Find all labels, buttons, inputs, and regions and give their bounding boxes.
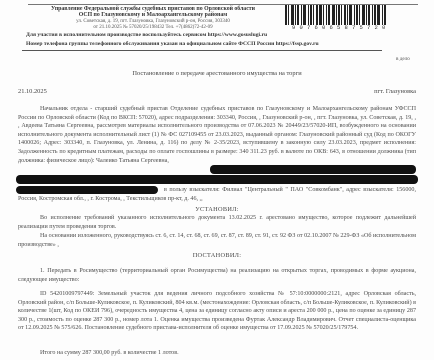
redaction-block bbox=[16, 175, 418, 184]
redaction-block bbox=[210, 165, 416, 174]
intro-paragraph: Начальник отдела - старший судебный прис… bbox=[18, 105, 416, 165]
agency-reference: от 21.10.2025 № 57020/25/198432 Тел. +7(… bbox=[28, 25, 278, 31]
heading-established: УСТАНОВИЛ: bbox=[0, 206, 434, 213]
document-date: 21.10.2025 bbox=[18, 88, 47, 95]
agency-header: Управление Федеральной службы судебных п… bbox=[28, 6, 278, 32]
document-place: пгт. Глазуновка bbox=[374, 88, 416, 95]
header-bottom-rule bbox=[22, 50, 382, 51]
established-paragraph: Во исполнение требований указанного испо… bbox=[18, 214, 416, 231]
resolution-item-1: 1. Передать в Росимущество (территориаль… bbox=[18, 267, 416, 284]
gosuslugi-notice: Для участия в исполнительном производств… bbox=[26, 32, 267, 38]
lot-description: ID 54201009797449: Земельный участок для… bbox=[18, 290, 416, 333]
barcode-icon bbox=[285, 5, 415, 25]
filing-stamp: в дело bbox=[396, 56, 410, 62]
claimant-paragraph: в пользу взыскателя: Филиал "Центральный… bbox=[18, 186, 416, 203]
document-title: Постановление о передаче арестованного и… bbox=[0, 70, 434, 77]
legal-basis-paragraph: На основании изложенного, руководствуясь… bbox=[18, 232, 416, 249]
document-page: Управление Федеральной службы судебных п… bbox=[0, 0, 434, 360]
phone-notice: Номер телефона группы телефонного обслуж… bbox=[26, 41, 319, 47]
barcode-number: 9076065875720 bbox=[292, 24, 412, 31]
heading-resolved: ПОСТАНОВИЛ: bbox=[0, 252, 434, 259]
total-line: Итого на сумму 287 300,00 руб. в количес… bbox=[18, 349, 416, 358]
